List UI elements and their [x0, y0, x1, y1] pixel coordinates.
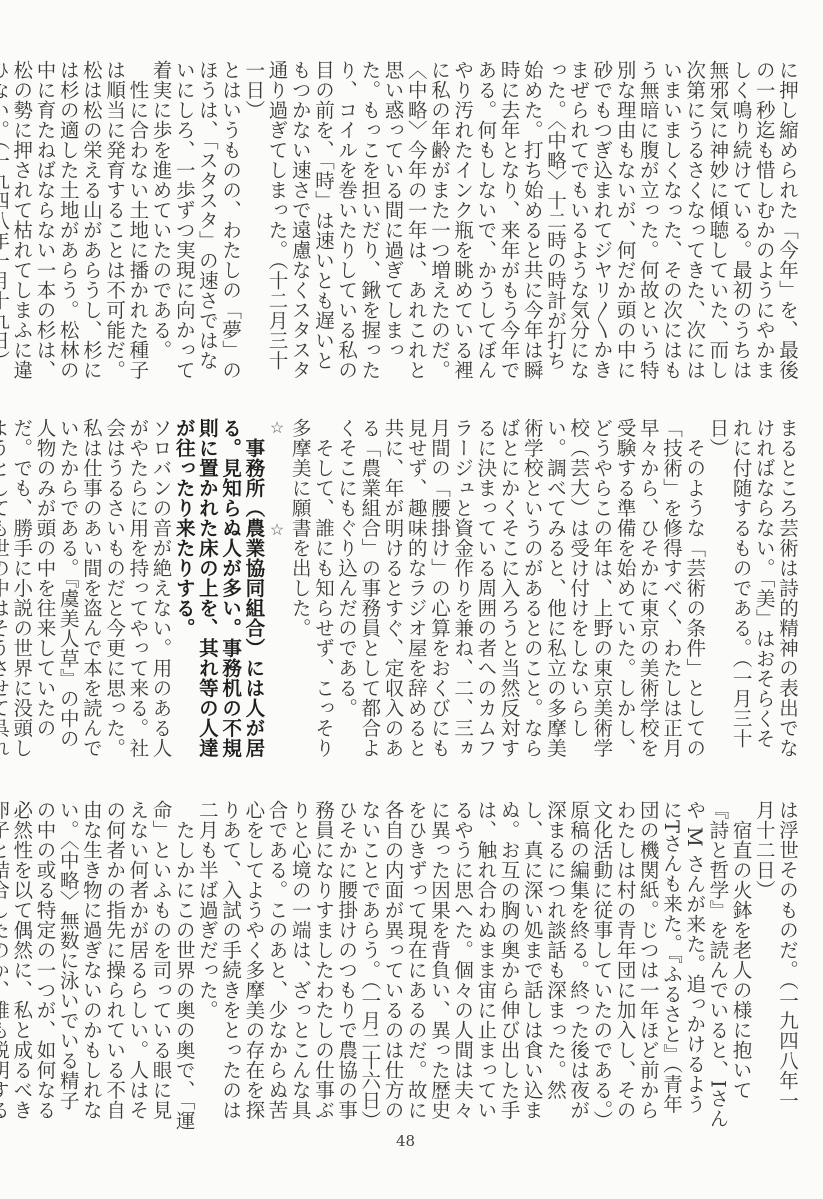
text-block-top: に押し縮められた「今年」を、最後の一秒迄も惜しむかのようにやかましく鳴り続けてい…	[23, 60, 799, 390]
paragraph-dream-progress: とはいうものの、わたしの「夢」のほうは、「スタスタ」の速さではないにしろ、一歩ず…	[149, 60, 242, 390]
paragraph-office-heading: 事務所（農業協同組合）には人が居る。見知らぬ人が多い。事務机の不規則に置かれた床…	[173, 418, 266, 758]
paragraph-poetic-spirit: まるところ芸術は詩的精神の表出でなければならない。「美」はおそらくそれに付随する…	[706, 418, 799, 758]
paragraph-fate: たしかにこの世界の奥の奥で、「運命」といふものを司っている眼に見えない何者かが居…	[0, 800, 196, 1130]
section-divider-stars: ☆ ☆	[265, 418, 288, 758]
paragraph-office-life: ソロバンの音が絶えない。用のある人がやたらに用を持ってやって来る。社会はうるさい…	[0, 418, 173, 758]
text-block-bottom: は浮世そのものだ。（一九四八年一月十二日） 宿直の火鉢を老人の様に抱いて『詩と哲…	[23, 800, 799, 1130]
book-page: に押し縮められた「今年」を、最後の一秒迄も惜しむかのようにやかましく鳴り続けてい…	[0, 0, 823, 1199]
paragraph-application-sent: そして、誰にも知らせず、こっそり多摩美に願書を出した。	[289, 418, 335, 758]
page-number: 48	[396, 1132, 415, 1150]
paragraph-floating-world: は浮世そのものだ。（一九四八年一月十二日）	[753, 800, 799, 1130]
paragraph-pine-cedar: 性に合わない土地に播かれた種子は順当に発育することは不可能だ。松は松の栄える山が…	[0, 60, 149, 390]
paragraph-art-school-plan: そのような「芸術の条件」としての「技術」を修得すべく、わたしは正月早々から、ひそ…	[335, 418, 706, 758]
paragraph-night-duty: 宿直の火鉢を老人の様に抱いて『詩と哲学』を読んでいると、Iさんや M さんが来た…	[358, 800, 752, 1130]
text-block-middle: まるところ芸術は詩的精神の表出でなければならない。「美」はおそらくそれに付随する…	[23, 418, 799, 758]
star-divider-icon: ☆ ☆	[265, 418, 288, 540]
paragraph-exam-procedure: ひそかに腰掛けのつもりで農協の事務員になりすましたわたしの仕事ぶりと心境の一端は…	[196, 800, 358, 1130]
paragraph-new-year-eve: に押し縮められた「今年」を、最後の一秒迄も惜しむかのようにやかましく鳴り続けてい…	[242, 60, 799, 390]
